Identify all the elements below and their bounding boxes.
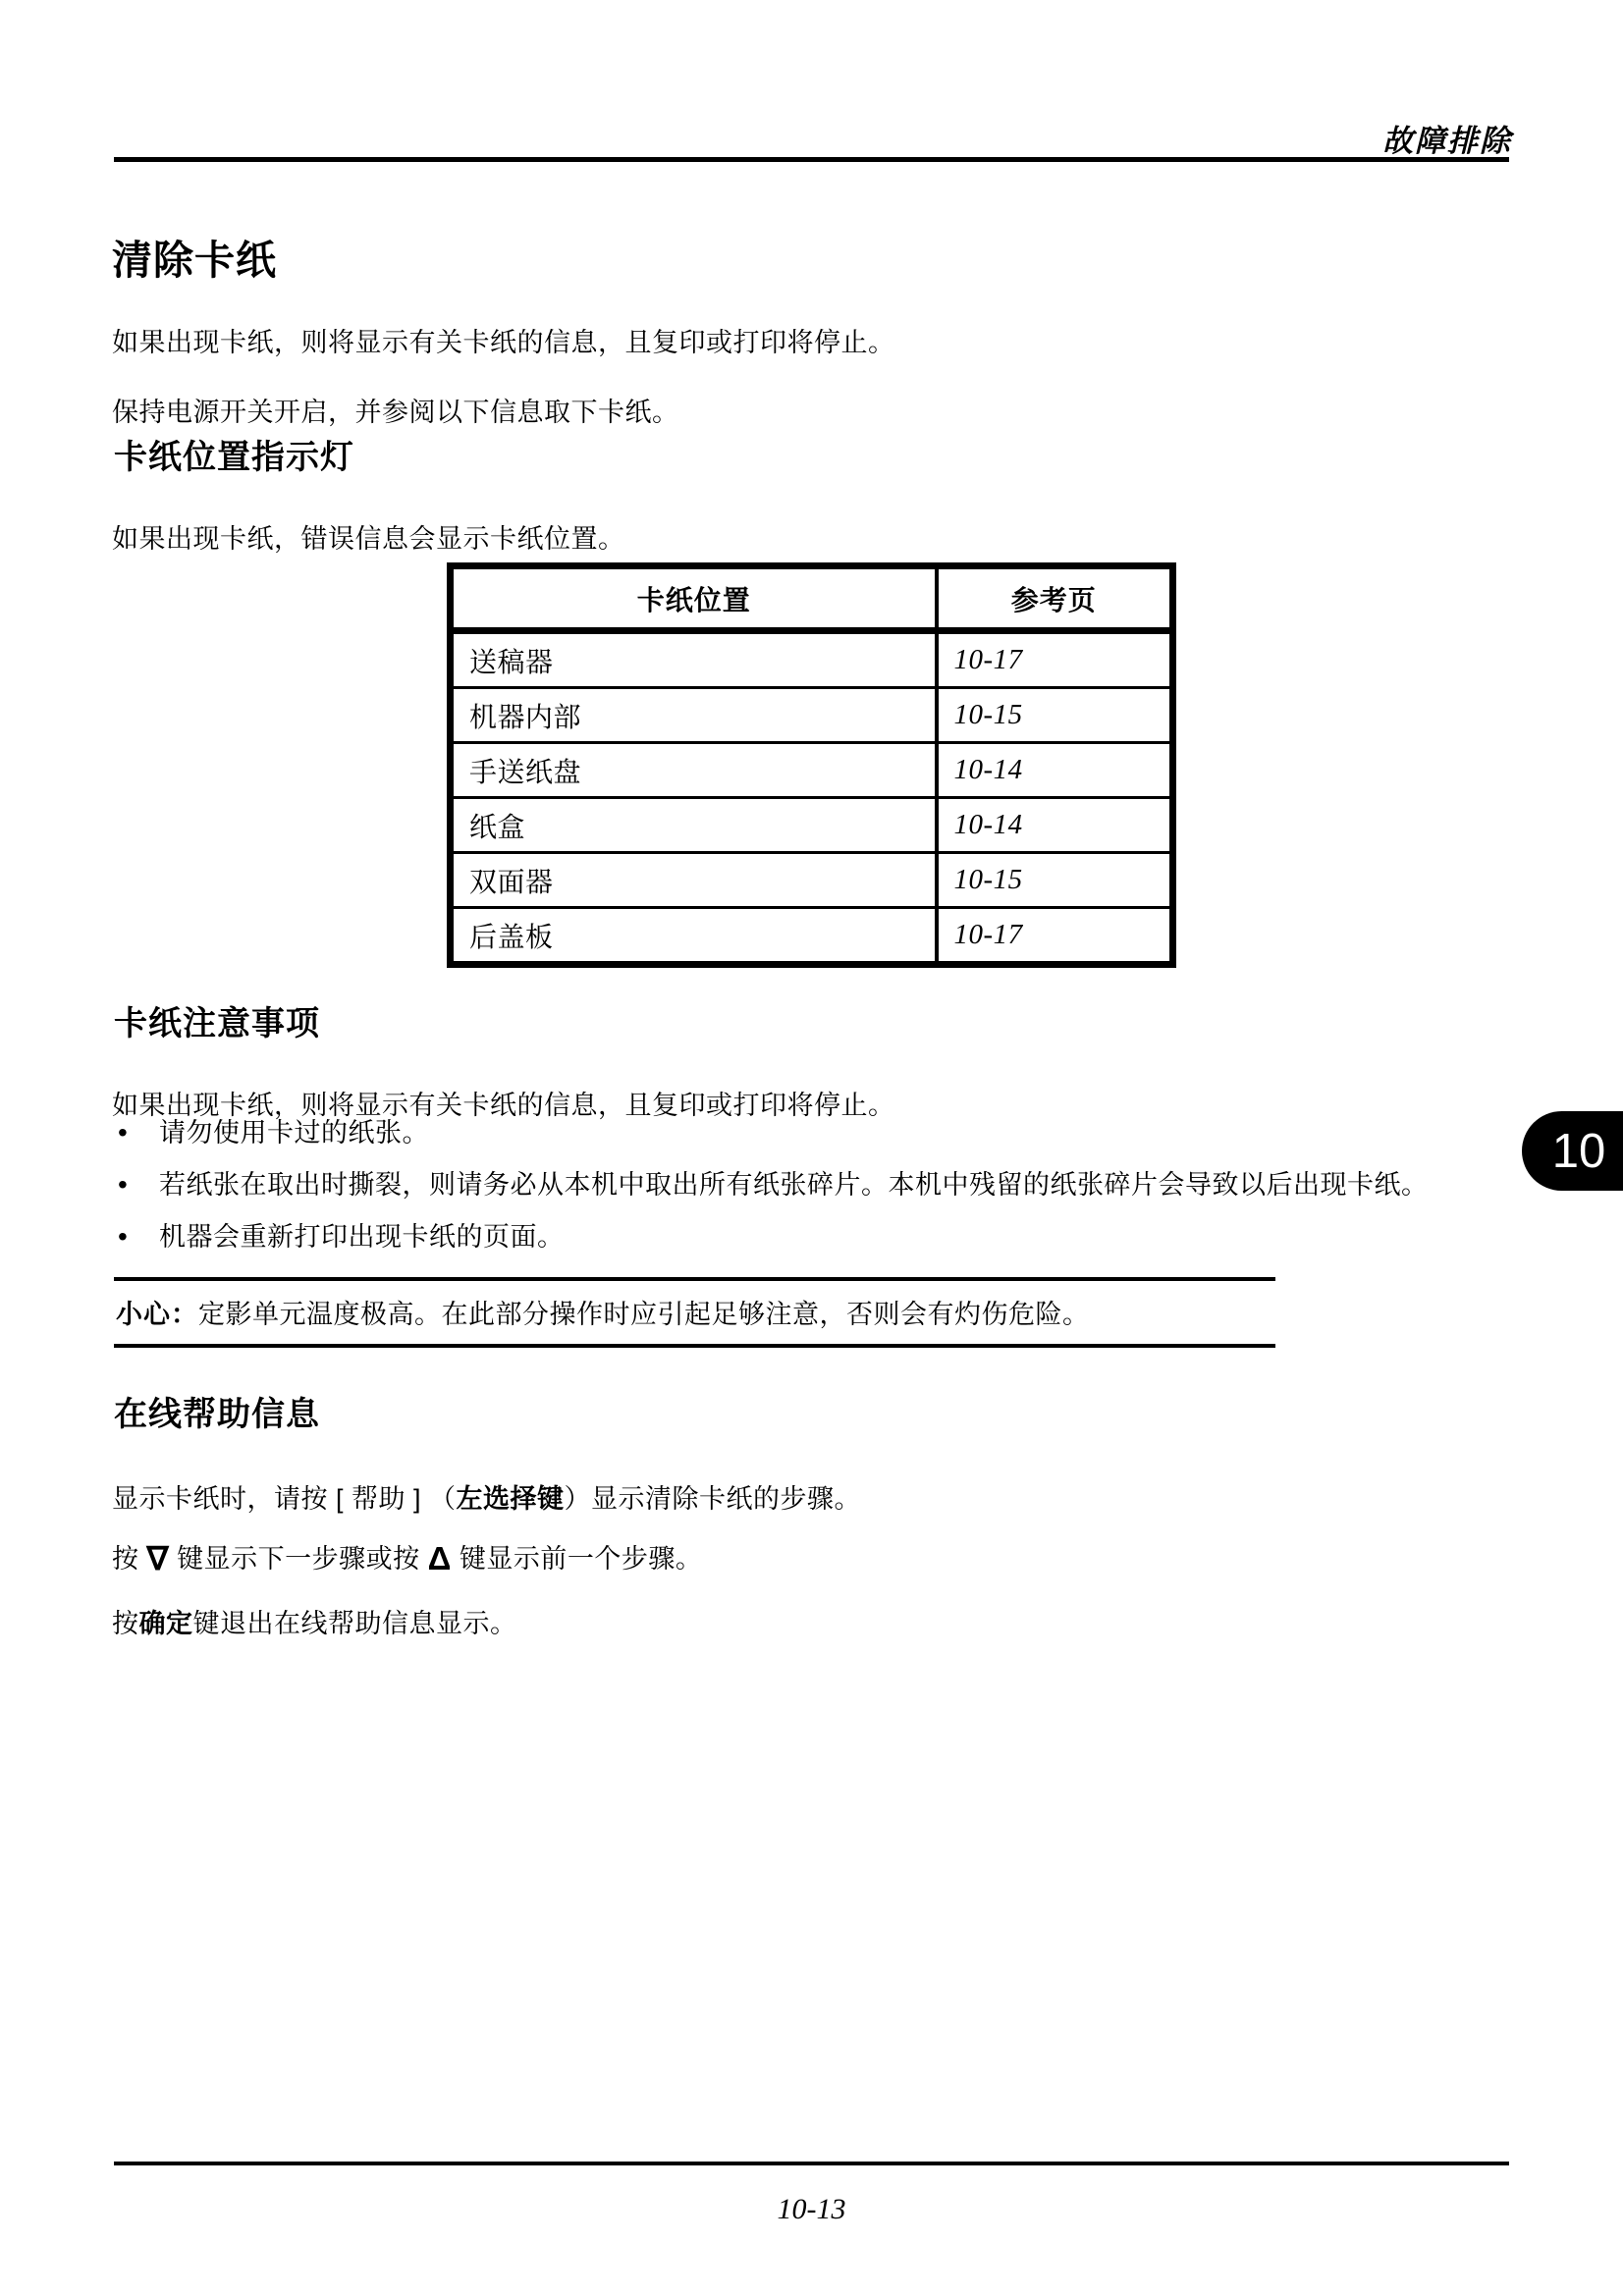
jam-location-cell: 纸盒 (451, 798, 937, 853)
column-header-jam-location: 卡纸位置 (451, 566, 937, 631)
down-triangle-key-icon: ∇ (147, 1540, 170, 1576)
table-row: 手送纸盘10-14 (451, 743, 1173, 798)
left-select-key-label: 左选择键 (457, 1484, 565, 1514)
ref-page-cell: 10-15 (937, 688, 1173, 743)
nav-keys-text-mid: 键显示下一步骤或按 (169, 1544, 428, 1574)
table-header-row: 卡纸位置 参考页 (451, 566, 1173, 631)
up-triangle-key-icon: Δ (428, 1540, 452, 1576)
column-header-ref-page: 参考页 (937, 566, 1173, 631)
chapter-tab-number: 10 (1552, 1124, 1606, 1179)
caution-label: 小心： (116, 1300, 198, 1329)
ok-key-text-pre: 按 (112, 1609, 139, 1638)
ok-key-label: 确定 (139, 1609, 193, 1638)
jam-location-cell: 后盖板 (451, 908, 937, 965)
header-rule (114, 157, 1509, 162)
jam-location-cell: 送稿器 (451, 631, 937, 688)
list-item: 若纸张在取出时撕裂，则请务必从本机中取出所有纸张碎片。本机中残留的纸张碎片会导致… (116, 1169, 1490, 1201)
nav-keys-text-pre: 按 (112, 1544, 147, 1574)
jam-location-table: 卡纸位置 参考页 送稿器10-17机器内部10-15手送纸盘10-14纸盒10-… (447, 562, 1176, 968)
ref-page-cell: 10-15 (937, 853, 1173, 908)
nav-keys-paragraph: 按 ∇ 键显示下一步骤或按 Δ 键显示前一个步骤。 (112, 1542, 702, 1575)
help-key-text-pre: 显示卡纸时，请按 [ 帮助 ] （ (112, 1484, 457, 1514)
jam-location-cell: 双面器 (451, 853, 937, 908)
caution-box: 小心：定影单元温度极高。在此部分操作时应引起足够注意，否则会有灼伤危险。 (114, 1277, 1275, 1348)
intro-paragraph-1: 如果出现卡纸，则将显示有关卡纸的信息，且复印或打印将停止。 (112, 326, 895, 359)
ref-page-cell: 10-14 (937, 743, 1173, 798)
ok-key-paragraph: 按确定键退出在线帮助信息显示。 (112, 1607, 517, 1640)
section-heading-online-help: 在线帮助信息 (114, 1387, 320, 1435)
precautions-list: 请勿使用卡过的纸张。若纸张在取出时撕裂，则请务必从本机中取出所有纸张碎片。本机中… (116, 1117, 1490, 1273)
section-heading-jam-location: 卡纸位置指示灯 (114, 430, 354, 478)
table-row: 双面器10-15 (451, 853, 1173, 908)
list-item: 机器会重新打印出现卡纸的页面。 (116, 1221, 1490, 1254)
table-row: 后盖板10-17 (451, 908, 1173, 965)
caution-text: 定影单元温度极高。在此部分操作时应引起足够注意，否则会有灼伤危险。 (198, 1300, 1090, 1329)
jam-location-cell: 机器内部 (451, 688, 937, 743)
intro-paragraph-2: 保持电源开关开启，并参阅以下信息取下卡纸。 (112, 396, 679, 429)
list-item: 请勿使用卡过的纸张。 (116, 1117, 1490, 1149)
jam-location-cell: 手送纸盘 (451, 743, 937, 798)
footer-rule (114, 2162, 1509, 2165)
jam-location-paragraph: 如果出现卡纸，错误信息会显示卡纸位置。 (112, 522, 625, 556)
page-title: 清除卡纸 (112, 228, 277, 286)
table-row: 送稿器10-17 (451, 631, 1173, 688)
running-header-chapter-title: 故障排除 (1382, 116, 1512, 160)
manual-page: 故障排除 清除卡纸 如果出现卡纸，则将显示有关卡纸的信息，且复印或打印将停止。 … (0, 0, 1623, 2296)
ref-page-cell: 10-17 (937, 631, 1173, 688)
ok-key-text-post: 键退出在线帮助信息显示。 (193, 1609, 517, 1638)
table-row: 纸盒10-14 (451, 798, 1173, 853)
nav-keys-text-post: 键显示前一个步骤。 (452, 1544, 703, 1574)
chapter-tab: 10 (1522, 1111, 1623, 1191)
help-key-text-post: ）显示清除卡纸的步骤。 (565, 1484, 862, 1514)
section-heading-precautions: 卡纸注意事项 (114, 996, 320, 1044)
ref-page-cell: 10-14 (937, 798, 1173, 853)
page-number: 10-13 (0, 2193, 1623, 2226)
jam-table-body: 送稿器10-17机器内部10-15手送纸盘10-14纸盒10-14双面器10-1… (451, 631, 1173, 965)
help-key-paragraph: 显示卡纸时，请按 [ 帮助 ] （左选择键）显示清除卡纸的步骤。 (112, 1482, 861, 1516)
ref-page-cell: 10-17 (937, 908, 1173, 965)
table-row: 机器内部10-15 (451, 688, 1173, 743)
